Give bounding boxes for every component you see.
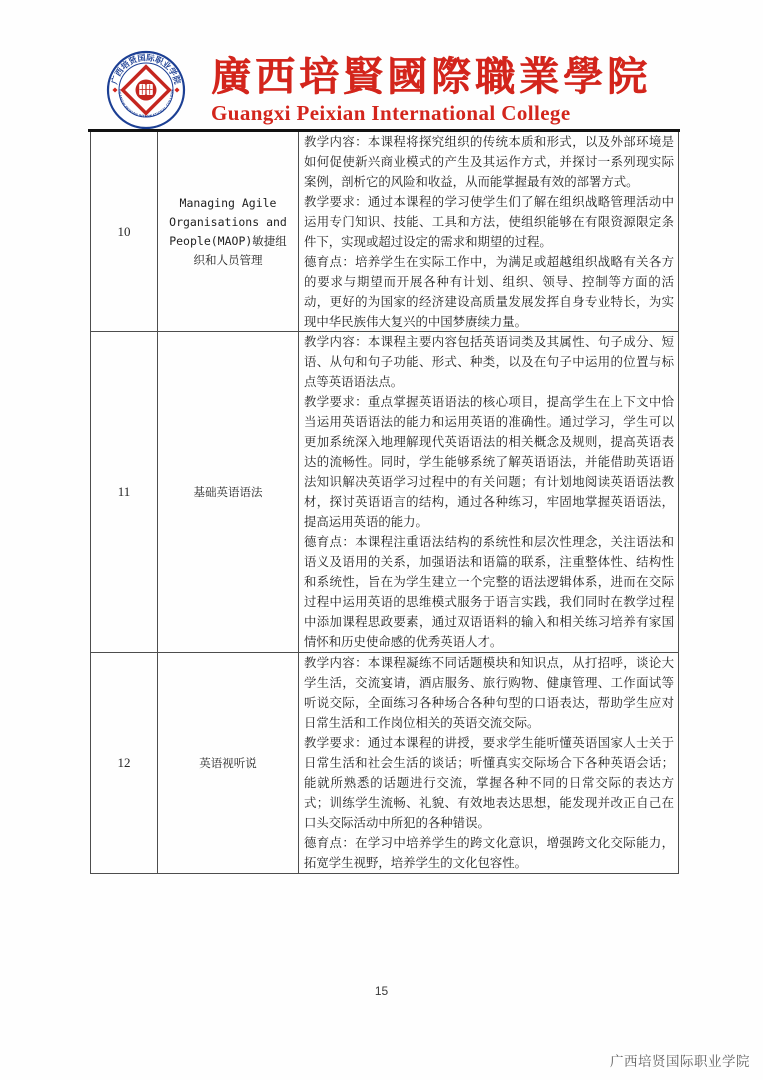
course-name-cell: Managing Agile Organisations and People(… <box>158 132 299 332</box>
teaching-requirements-paragraph: 教学要求：通过本课程的学习使学生们了解在组织战略管理活动中运用专门知识、技能、工… <box>304 192 674 252</box>
teaching-content-paragraph: 教学内容：本课程凝练不同话题模块和知识点，从打招呼，谈论大学生活，交流宴请，酒店… <box>304 653 674 733</box>
course-number-cell: 11 <box>91 332 158 653</box>
course-description-cell: 教学内容：本课程主要内容包括英语词类及其属性、句子成分、短语、从句和句子功能、形… <box>299 332 679 653</box>
teaching-content-paragraph: 教学内容：本课程主要内容包括英语词类及其属性、句子成分、短语、从句和句子功能、形… <box>304 332 674 392</box>
moral-education-paragraph: 德育点：在学习中培养学生的跨文化意识，增强跨文化交际能力，拓宽学生视野，培养学生… <box>304 833 674 873</box>
moral-education-paragraph: 德育点：本课程注重语法结构的系统性和层次性理念，关注语法和语义及语用的关系，加强… <box>304 532 674 652</box>
moral-education-paragraph: 德育点：培养学生在实际工作中，为满足或超越组织战略有关各方的要求与期望而开展各种… <box>304 252 674 332</box>
teaching-requirements-paragraph: 教学要求：重点掌握英语语法的核心项目，提高学生在上下文中恰当运用英语语法的能力和… <box>304 392 674 532</box>
teaching-requirements-paragraph: 教学要求：通过本课程的讲授，要求学生能听懂英语国家人士关于日常生活和社会生活的谈… <box>304 733 674 833</box>
course-table: 10 Managing Agile Organisations and Peop… <box>90 132 679 874</box>
page-number: 15 <box>0 984 763 998</box>
course-number-cell: 12 <box>91 653 158 874</box>
college-name-chinese: 廣西培賢國際職業學院 <box>211 52 681 102</box>
college-logo-icon: 广西培贤国际职业学院 GUANGXI PEIXIAN INTERNATIONAL… <box>106 50 186 130</box>
watermark-college-name: 广西培贤国际职业学院 <box>610 1050 750 1070</box>
course-description-cell: 教学内容：本课程将探究组织的传统本质和形式，以及外部环境是如何促使新兴商业模式的… <box>299 132 679 332</box>
course-description-cell: 教学内容：本课程凝练不同话题模块和知识点，从打招呼，谈论大学生活，交流宴请，酒店… <box>299 653 679 874</box>
course-name-cell: 基础英语语法 <box>158 332 299 653</box>
teaching-content-paragraph: 教学内容：本课程将探究组织的传统本质和形式，以及外部环境是如何促使新兴商业模式的… <box>304 132 674 192</box>
course-name-cell: 英语视听说 <box>158 653 299 874</box>
document-page: 广西培贤国际职业学院 GUANGXI PEIXIAN INTERNATIONAL… <box>0 0 763 1080</box>
college-name-english: Guangxi Peixian International College <box>211 102 681 124</box>
logo-center-seal <box>136 80 157 101</box>
college-titles: 廣西培賢國際職業學院 Guangxi Peixian International… <box>211 52 681 124</box>
course-number-cell: 10 <box>91 132 158 332</box>
